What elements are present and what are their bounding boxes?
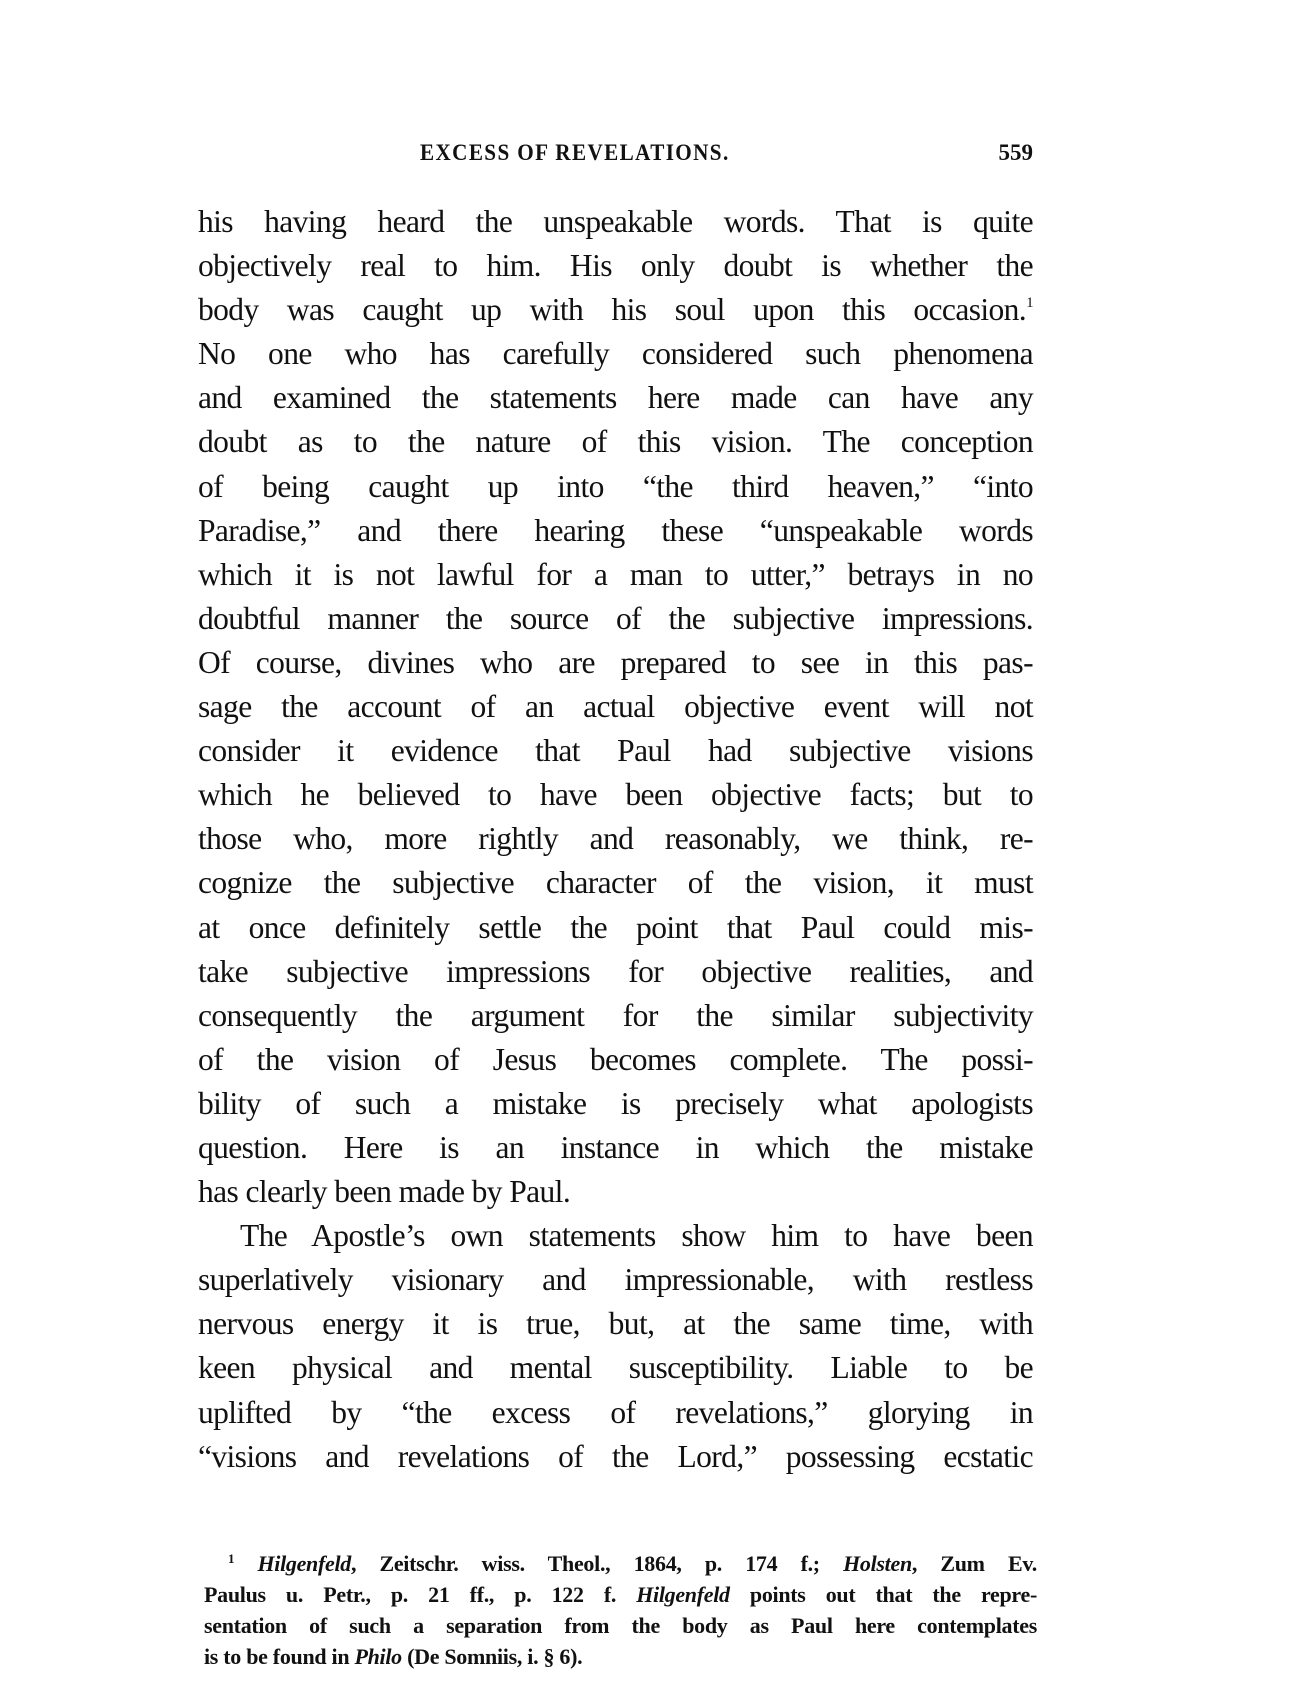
text-line: consider it evidence that Paul had subje… <box>198 729 1033 773</box>
text-line: question. Here is an instance in which t… <box>198 1126 1033 1170</box>
text-line: bility of such a mistake is precisely wh… <box>198 1082 1033 1126</box>
text-line: has clearly been made by Paul. <box>198 1170 1033 1214</box>
text-line: take subjective impressions for objectiv… <box>198 950 1033 994</box>
footnote-line: 1 Hilgenfeld, Zeitschr. wiss. Theol., 18… <box>204 1548 1037 1579</box>
running-title: EXCESS OF REVELATIONS. <box>420 140 730 166</box>
text-line: of the vision of Jesus becomes complete.… <box>198 1038 1033 1082</box>
citation-text: Paulus u. Petr., p. 21 ff., p. 122 f. <box>204 1582 636 1607</box>
citation-text: is to be found in <box>204 1644 354 1669</box>
text-line: keen physical and mental susceptibility.… <box>198 1346 1033 1390</box>
text-line: his having heard the unspeakable words. … <box>198 200 1033 244</box>
text-line: nervous energy it is true, but, at the s… <box>198 1302 1033 1346</box>
footnote-line: is to be found in Philo (De Somniis, i. … <box>204 1641 1037 1672</box>
footnote-line: sentation of such a separation from the … <box>204 1610 1037 1641</box>
text-line: Paradise,” and there hearing these “unsp… <box>198 509 1033 553</box>
page-number: 559 <box>999 140 1034 166</box>
citation-text: , Zeitschr. wiss. Theol., 1864, p. 174 f… <box>351 1551 843 1576</box>
author-name: Holsten <box>843 1551 912 1576</box>
text-line: body was caught up with his soul upon th… <box>198 288 1033 332</box>
text-line: sage the account of an actual objective … <box>198 685 1033 729</box>
author-name: Hilgenfeld <box>257 1551 351 1576</box>
text-line: cognize the subjective character of the … <box>198 861 1033 905</box>
citation-text: (De Somniis, i. § 6). <box>402 1644 582 1669</box>
text-line: of being caught up into “the third heave… <box>198 465 1033 509</box>
footnote-reference[interactable]: 1 <box>1026 295 1033 311</box>
text-line: doubt as to the nature of this vision. T… <box>198 420 1033 464</box>
text-line: No one who has carefully considered such… <box>198 332 1033 376</box>
citation-text: , Zum Ev. <box>912 1551 1037 1576</box>
author-name: Hilgenfeld <box>636 1582 730 1607</box>
text-line: doubtful manner the source of the subjec… <box>198 597 1033 641</box>
footnote-line: Paulus u. Petr., p. 21 ff., p. 122 f. Hi… <box>204 1579 1037 1610</box>
text-line: superlatively visionary and impressionab… <box>198 1258 1033 1302</box>
text-line: uplifted by “the excess of revelations,”… <box>198 1391 1033 1435</box>
paragraph-start-line: The Apostle’s own statements show him to… <box>198 1214 1033 1258</box>
text-line: Of course, divines who are prepared to s… <box>198 641 1033 685</box>
text-line-content: body was caught up with his soul upon th… <box>198 292 1026 327</box>
footnotes: 1 Hilgenfeld, Zeitschr. wiss. Theol., 18… <box>204 1548 1037 1672</box>
running-head: EXCESS OF REVELATIONS. 559 <box>198 140 1033 176</box>
footnote-marker: 1 <box>228 1551 234 1566</box>
text-line: “visions and revelations of the Lord,” p… <box>198 1435 1033 1479</box>
text-line: objectively real to him. His only doubt … <box>198 244 1033 288</box>
citation-text: points out that the repre- <box>730 1582 1037 1607</box>
text-line: those who, more rightly and reasonably, … <box>198 817 1033 861</box>
body-text: his having heard the unspeakable words. … <box>198 200 1033 1479</box>
text-line: which it is not lawful for a man to utte… <box>198 553 1033 597</box>
text-line: at once definitely settle the point that… <box>198 906 1033 950</box>
text-line: which he believed to have been objective… <box>198 773 1033 817</box>
text-line: and examined the statements here made ca… <box>198 376 1033 420</box>
text-line: consequently the argument for the simila… <box>198 994 1033 1038</box>
author-name: Philo <box>354 1644 401 1669</box>
